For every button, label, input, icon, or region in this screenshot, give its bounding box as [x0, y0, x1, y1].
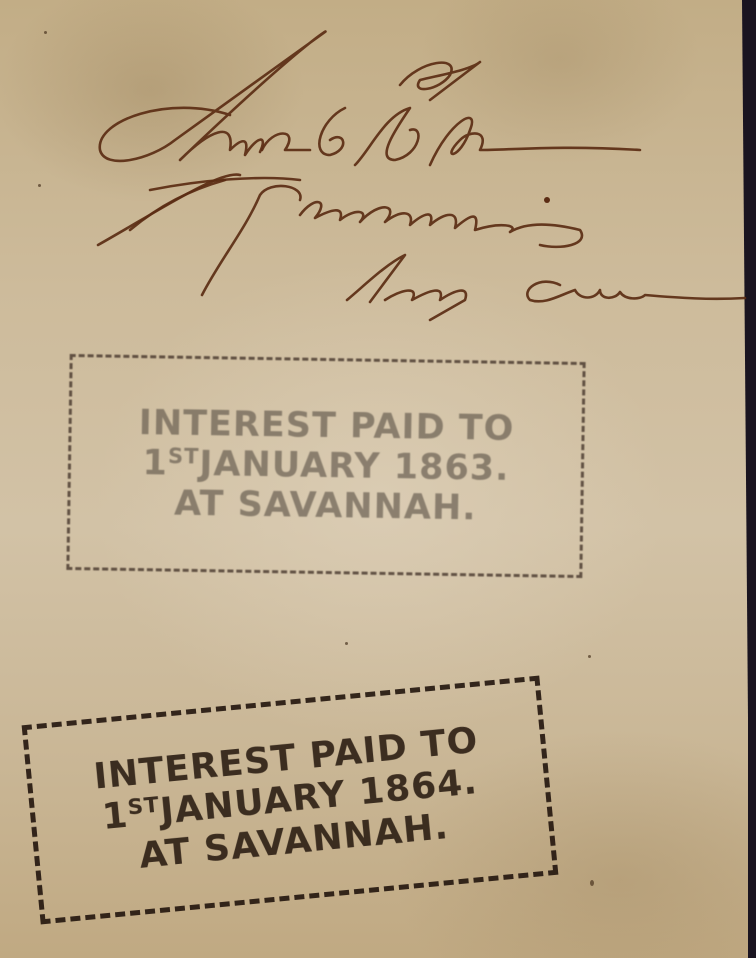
- ink-speck: [345, 642, 348, 645]
- interest-stamp-1863: INTEREST PAID TO 1STJANUARY 1863. AT SAV…: [66, 354, 585, 578]
- handwritten-endorsement: Aug 26 By Mr W. J. Goodwin Dep Coll: [0, 0, 756, 340]
- stamp-line-3: AT SAVANNAH.: [174, 484, 477, 529]
- stamp-day: 1: [100, 795, 130, 838]
- ink-speck: [590, 880, 594, 886]
- stamp-day: 1: [142, 443, 168, 483]
- stamp-line-1: INTEREST PAID TO: [139, 403, 515, 449]
- stamp-date: JANUARY 1863.: [199, 444, 510, 489]
- stamp-ordinal: ST: [168, 444, 200, 468]
- stamp-ordinal: ST: [126, 793, 161, 821]
- handwriting-strokes: [0, 0, 756, 340]
- stamp-line-2: 1STJANUARY 1863.: [142, 443, 510, 489]
- ink-speck: [588, 655, 591, 658]
